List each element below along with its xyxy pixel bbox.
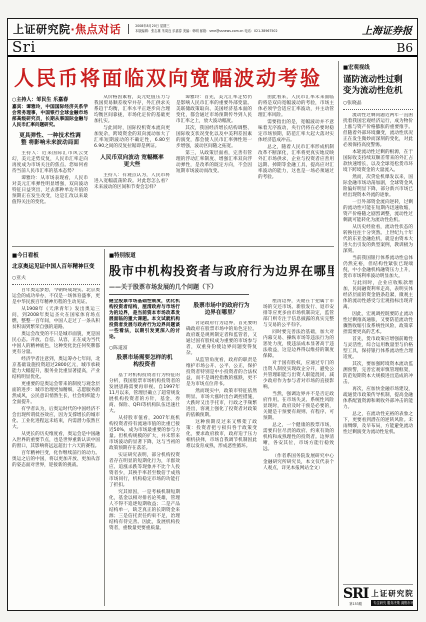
page-subheader: Sri B6 bbox=[8, 40, 417, 57]
sri-tagline-bar: 专注研究 服务决策 洞察市场趋势 bbox=[371, 600, 413, 607]
dotted-rule bbox=[343, 109, 413, 110]
horizontal-divider bbox=[12, 246, 334, 247]
article-stockmarket: ■特别报道 股市中机构投资者与政府行为边界在哪里 ——关于股票市场发展的几个问题… bbox=[105, 249, 334, 606]
bottom-region: ■今日看板 北京奥运见证中国人百年精神巨变 ○亚夫 百年奥运梦想，今朝终成现实。… bbox=[12, 249, 334, 606]
masthead-title: 上海证券报 bbox=[362, 22, 412, 37]
article-rmb-headline: 人民币将面临双向宽幅波动考验 bbox=[14, 62, 334, 91]
article-rmb-col-3: 谭雅玲：首先，美元汇率走势仍是影响人民币汇率的重要外部变量。美联储政策取向、美国… bbox=[176, 95, 252, 243]
article-stockmarket-col1-text: 基于对机构投资者行为特征的分析，我国股票市场机构投资者的发展思路需要再审视。自1… bbox=[109, 373, 180, 533]
sri-logo-box: SRI 第153期 上证研究院 专注研究 服务决策 洞察市场趋势 bbox=[343, 584, 413, 607]
article-olympics: ■今日看板 北京奥运见证中国人百年精神巨变 ○亚夫 百年奥运梦想，今朝终成现实。… bbox=[12, 249, 104, 606]
host-line: ○主持人：邹民生 乐嘉春 bbox=[12, 96, 88, 103]
article-stockmarket-col-2: 股票市场中的政府行为边界在哪里？ 讨论政府行为边界，首先要明确政府在股票市场中的… bbox=[186, 299, 257, 606]
brand-section-name: 焦点对话 bbox=[75, 23, 121, 36]
sidebar-title: 谨防流动性过剩 变为流动性危机 bbox=[343, 75, 413, 96]
subhead-institutional-investors: 股票市场需要怎样的机构投资者 bbox=[114, 355, 175, 369]
page-number: B6 bbox=[397, 42, 413, 55]
article-olympics-kicker: ■今日看板 bbox=[12, 251, 100, 259]
article-stockmarket-col2-text: 讨论政府行为边界，首先要明确政府在股票市场中的角色定位。政府既是规则制定者和监管… bbox=[186, 321, 257, 451]
article-rmb-col-2: 从价格因素看，美元贬值压力与我国贸易顺差收窄并存，外汇供求关系趋于均衡，汇率水平… bbox=[94, 95, 170, 243]
article-rmb-col-1: ○主持人：邹民生 乐嘉春 嘉宾：谭雅玲，中国国际经济关系学会常务理事，中国银行全… bbox=[12, 95, 88, 243]
section-brand: 上证研究院·焦点对话 bbox=[13, 21, 121, 37]
subhead-government-boundary: 股票市场中的政府行为边界在哪里？ bbox=[191, 303, 252, 317]
article-stockmarket-columns: 健全股票市场基础性制度，优化机构投资者结构，厘清政府与市场行为的边界，是当前资本… bbox=[109, 299, 334, 606]
article-stockmarket-kicker: ■特别报道 bbox=[109, 251, 334, 259]
article-rmb-col1-text: 主持人：近来国际汇市风云变幻，美元走势反复，人民币汇率走向再度成为市场关注的焦点… bbox=[12, 151, 88, 207]
article-rmb: 人民币将面临双向宽幅波动考验 ○主持人：邹民生 乐嘉春 嘉宾：谭雅玲，中国国际经… bbox=[12, 61, 334, 243]
page-header: 上证研究院·焦点对话 2008年8月20日 星期三 本版编辑：张志雄 朱周良 乐… bbox=[8, 19, 417, 40]
article-olympics-author: ○亚夫 bbox=[12, 274, 100, 281]
sri-logo-letters: SRI bbox=[343, 588, 368, 601]
article-rmb-col2b-text: 主持人：有观点认为，人民币将进入宽幅震荡阶段。对此您怎么看？未来波动的区间和节奏… bbox=[94, 173, 170, 192]
page-content: 人民币将面临双向宽幅波动考验 ○主持人：邹民生 乐嘉春 嘉宾：谭雅玲，中国国际经… bbox=[12, 61, 413, 606]
newspaper-page: 上证研究院·焦点对话 2008年8月20日 星期三 本版编辑：张志雄 朱周良 乐… bbox=[0, 0, 426, 622]
guest-line: 嘉宾：谭雅玲，中国国际经济关系学会常务理事，中国银行全球金融市场部高级研究员，长… bbox=[12, 105, 88, 129]
sidebar-liquidity: ■宏观视线 谨防流动性过剩 变为流动性危机 ○张晓晶 流动性过剩问题近两年一直困… bbox=[339, 61, 413, 606]
subhead-two-way-float: 人民币双向波动 宽幅概率更大些 bbox=[99, 155, 165, 169]
sidebar-text: 流动性过剩问题近两年一直困扰着我国宏观经济运行，成为物价上涨与资产价格膨胀的重要… bbox=[343, 113, 413, 584]
sri-wordmark: Sri bbox=[12, 40, 36, 55]
article-rmb-col-4: 由此看来，人民币汇率未来面临的将是双向宽幅波动的考验，市场主体必须学会适应汇率波… bbox=[258, 95, 334, 243]
article-rmb-columns: ○主持人：邹民生 乐嘉春 嘉宾：谭雅玲，中国国际经济关系学会常务理事，中国银行全… bbox=[12, 95, 334, 243]
dotted-rule bbox=[12, 284, 100, 285]
article-olympics-title: 北京奥运见证中国人百年精神巨变 bbox=[12, 262, 100, 270]
article-stockmarket-col-1: 健全股票市场基础性制度，优化机构投资者结构，厘清政府与市场行为的边界，是当前资本… bbox=[109, 299, 180, 606]
page-frame: 上证研究院·焦点对话 2008年8月20日 星期三 本版编辑：张志雄 朱周良 乐… bbox=[7, 18, 418, 611]
article-stockmarket-subtitle: ——关于股票市场发展的几个问题（下） bbox=[109, 282, 249, 295]
article-stockmarket-headline: 股市中机构投资者与政府行为边界在哪里 bbox=[109, 262, 334, 279]
brand-name: 上证研究院 bbox=[13, 23, 71, 36]
article-stockmarket-col-3: 厘清边界，关键在于把属于市场的交还市场。新股发行、退市安排等应更多由市场机制决定… bbox=[263, 299, 334, 606]
sri-logo-text: 上证研究院 专注研究 服务决策 洞察市场趋势 bbox=[371, 588, 413, 607]
sidebar-title-line1: 谨防流动性过剩 bbox=[343, 75, 413, 86]
sidebar-title-line2: 变为流动性危机 bbox=[343, 86, 413, 97]
sidebar-author: ○张晓晶 bbox=[343, 99, 413, 106]
main-region: 人民币将面临双向宽幅波动考验 ○主持人：邹民生 乐嘉春 嘉宾：谭雅玲，中国国际经… bbox=[12, 61, 338, 606]
subhead-technical-adjust: 更具弹性、一种技术性调整 将影响未来波动局面 bbox=[17, 133, 83, 147]
staff-line: 本版编辑：张志雄 朱周良 乐嘉春 美编：韩明 邮箱：sme@ssnews.com… bbox=[135, 29, 362, 34]
article-stockmarket-intro: 健全股票市场基础性制度，优化机构投资者结构，厘清政府与市场行为的边界，是当前资本… bbox=[109, 299, 180, 341]
sri-logo-mark: SRI 第153期 bbox=[343, 588, 368, 606]
sri-institute-name: 上证研究院 bbox=[371, 588, 413, 599]
article-rmb-col2a-text: 从价格因素看，美元贬值压力与我国贸易顺差收窄并存，外汇供求关系趋于均衡，汇率水平… bbox=[94, 95, 170, 151]
article-olympics-text: 百年奥运梦想，今朝终成现实。北京奥运会的成功举办，不仅是一场体育盛事，更是中华民… bbox=[12, 288, 100, 606]
sidebar-kicker: ■宏观视线 bbox=[343, 63, 413, 71]
edition-meta: 2008年8月20日 星期三 本版编辑：张志雄 朱周良 乐嘉春 美编：韩明 邮箱… bbox=[128, 24, 362, 33]
article-stockmarket-author: ○陈道富 bbox=[109, 344, 180, 351]
